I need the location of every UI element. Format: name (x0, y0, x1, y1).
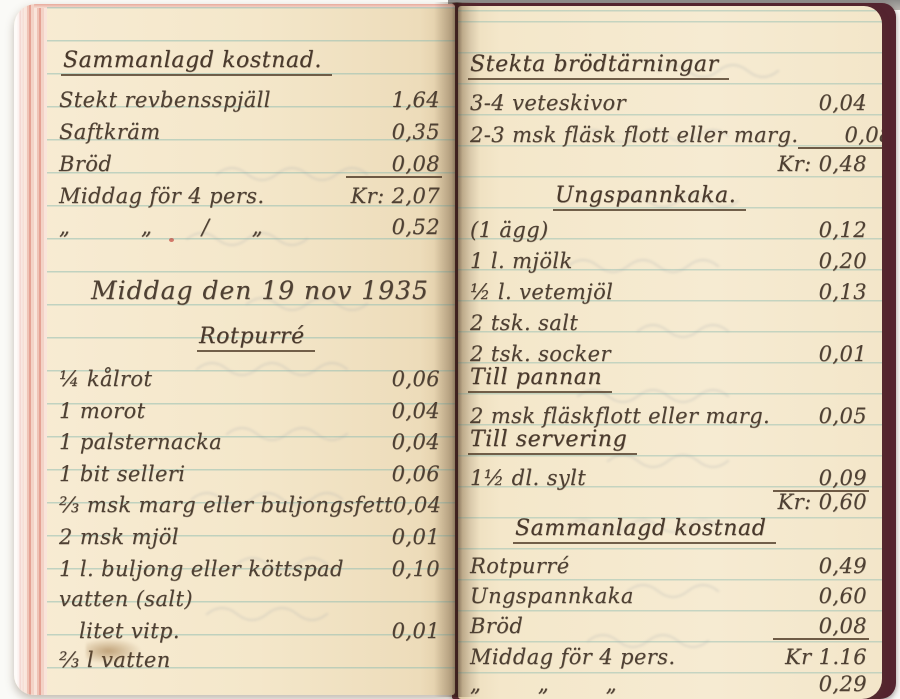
item-label: 2 tsk. socker (470, 342, 611, 366)
total-amount: Kr: 0,60 (778, 490, 869, 514)
left-page: Sammanlagd kostnad. Stekt revbensspjäll … (14, 4, 455, 695)
ingredient-line: ⅔ msk marg eller buljongsfett 0,04 (59, 487, 442, 517)
item-amount: 0,06 (392, 462, 442, 486)
item-amount: 0,60 (819, 584, 869, 608)
item-amount: 0,01 (392, 619, 442, 643)
item-label: Ungspannkaka (470, 584, 634, 608)
item-label: Bröd (470, 614, 523, 638)
right-subsection2-heading: Till servering (468, 427, 637, 459)
item-amount: 0,49 (819, 554, 869, 578)
item-amount: 0,04 (819, 91, 869, 115)
total-line: Kr: 0,48 (470, 146, 869, 176)
cost-line: Bröd 0,08 (59, 146, 442, 176)
item-amount: 0,04 (392, 399, 442, 423)
item-label: 2 tsk. salt (470, 311, 578, 335)
heading-text: Till pannan (468, 365, 612, 393)
ditto-line: „ „ „ 0,29 (470, 666, 869, 696)
cost-line: Ungspannkaka 0,60 (470, 578, 869, 608)
total-line: Kr: 0,60 (470, 484, 869, 514)
cost-line: Bröd 0,08 (470, 608, 869, 638)
item-amount: 0,12 (819, 218, 869, 242)
ingredient-line: vatten (salt) (59, 581, 442, 611)
date-heading: Middag den 19 nov 1935 (91, 276, 429, 305)
heading-text: Sammanlagd kostnad (513, 516, 776, 544)
item-amount: 0,08 (346, 152, 442, 178)
heading-text: Till servering (468, 427, 637, 455)
item-label: Bröd (59, 152, 112, 176)
right-page-paper: Stekta brödtärningar 3-4 veteskivor 0,04… (458, 6, 882, 699)
notebook-photo: Sammanlagd kostnad. Stekt revbensspjäll … (0, 0, 900, 699)
total-line: Middag för 4 pers. Kr: 2,07 (59, 178, 442, 208)
ingredient-line: (1 ägg) 0,12 (470, 212, 869, 242)
item-label: 1 palsternacka (59, 430, 222, 454)
item-amount: 0,08 (773, 614, 869, 640)
item-amount: 0,35 (392, 120, 442, 144)
ingredient-line: 2 msk mjöl 0,01 (59, 519, 442, 549)
item-label: Stekt revbensspjäll (59, 88, 271, 112)
ditto-marks: „ „ „ (470, 672, 617, 696)
item-amount: 0,04 (392, 430, 442, 454)
item-label: Rotpurré (470, 554, 570, 578)
heading-text: Ungspannkaka. (553, 183, 746, 211)
heading-text: Rotpurré (197, 324, 315, 352)
left-section-heading: Sammanlagd kostnad. (61, 48, 332, 80)
item-label: Middag för 4 pers. (59, 184, 264, 208)
item-amount: 0,04 (393, 493, 443, 517)
item-label: (1 ägg) (470, 218, 549, 242)
item-label: 1 l. buljong eller köttspad (59, 557, 344, 581)
ingredient-line: 1 l. mjölk 0,20 (470, 243, 869, 273)
item-label: 1 morot (59, 399, 146, 423)
ingredient-line: 1 palsternacka 0,04 (59, 424, 442, 454)
item-label: 1 bit selleri (59, 462, 185, 486)
ingredient-line: 2 msk fläskflott eller marg. 0,05 (470, 398, 869, 428)
ingredient-line: 2 tsk. salt (470, 305, 869, 335)
ingredient-line: 1 l. buljong eller köttspad 0,10 (59, 551, 442, 581)
item-amount: 0,06 (392, 367, 442, 391)
item-label: 3-4 veteskivor (470, 91, 626, 115)
stain (86, 638, 142, 664)
right-section3-heading: Sammanlagd kostnad (513, 516, 776, 548)
total-line: Middag för 4 pers. Kr 1.16 (470, 639, 869, 669)
cost-line: Rotpurré 0,49 (470, 548, 869, 578)
heading-text: Sammanlagd kostnad. (61, 48, 332, 76)
item-amount: 1,64 (392, 88, 442, 112)
item-amount: 0,10 (392, 557, 442, 581)
ingredient-line: ¼ kålrot 0,06 (59, 361, 442, 391)
right-section1-heading: Stekta brödtärningar (468, 52, 729, 84)
left-page-paper: Sammanlagd kostnad. Stekt revbensspjäll … (47, 4, 455, 695)
item-label: 2 msk mjöl (59, 525, 179, 549)
ingredient-line: ½ l. vetemjöl 0,13 (470, 274, 869, 304)
item-label: ¼ kålrot (59, 367, 152, 391)
ingredient-line: 2 tsk. socker 0,01 (470, 336, 869, 366)
ditto-line: „ „ / „ 0,52 (59, 209, 442, 239)
item-amount: 0,20 (819, 249, 869, 273)
per-person-amount: 0,52 (392, 215, 442, 239)
ingredient-line: 3-4 veteskivor 0,04 (470, 85, 869, 115)
ingredient-line: 2-3 msk fläsk flott eller marg. 0,08 (470, 117, 869, 147)
item-label: Saftkräm (59, 120, 161, 144)
total-amount: Kr: 0,48 (778, 152, 869, 176)
item-label: 2-3 msk fläsk flott eller marg. (470, 123, 798, 147)
heading-text: Stekta brödtärningar (468, 52, 729, 80)
per-person-amount: 0,29 (819, 672, 869, 696)
cost-line: Saftkräm 0,35 (59, 114, 442, 144)
total-amount: Kr: 2,07 (351, 184, 442, 208)
item-label: 1 l. mjölk (470, 249, 573, 273)
recipe-heading: Rotpurré (197, 324, 315, 356)
right-subsection1-heading: Till pannan (468, 365, 612, 397)
item-label: ⅔ msk marg eller buljongsfett (59, 493, 393, 517)
item-amount: 0,01 (819, 342, 869, 366)
item-label: ½ l. vetemjöl (470, 280, 613, 304)
right-section2-heading: Ungspannkaka. (553, 183, 746, 215)
ditto-marks: „ „ / „ (59, 215, 263, 239)
item-amount: 0,01 (392, 525, 442, 549)
item-amount: 0,05 (819, 404, 869, 428)
ink-speck (169, 238, 174, 242)
right-page: Stekta brödtärningar 3-4 veteskivor 0,04… (458, 6, 882, 699)
cost-line: Stekt revbensspjäll 1,64 (59, 82, 442, 112)
item-label: vatten (salt) (59, 587, 193, 611)
item-label: 2 msk fläskflott eller marg. (470, 404, 770, 428)
item-amount: 0,13 (819, 280, 869, 304)
ingredient-line: 1 bit selleri 0,06 (59, 456, 442, 486)
ingredient-line: 1 morot 0,04 (59, 393, 442, 423)
page-edge-stack (14, 4, 47, 695)
